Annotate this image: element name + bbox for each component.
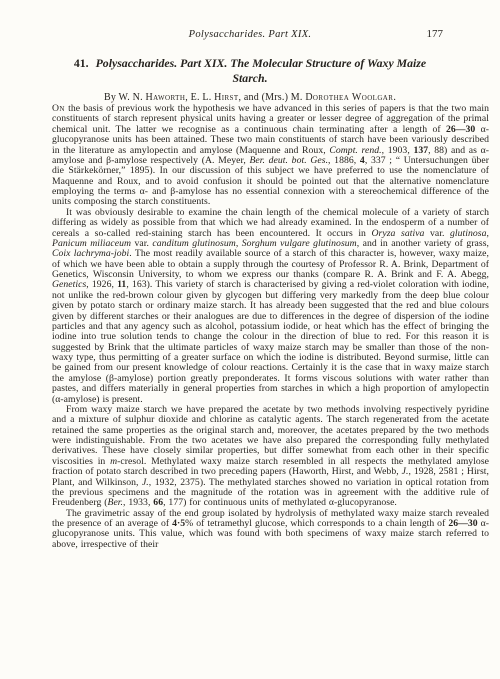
text-run: Haworth: [146, 92, 186, 103]
text-run: 4·5: [172, 518, 185, 529]
text-run: , 1933,: [123, 497, 153, 508]
text-run: , 1886,: [328, 155, 360, 166]
byline: By W. N. Haworth, E. L. Hirst, and (Mrs.…: [0, 92, 500, 103]
text-run: Oryza sativa: [372, 228, 425, 239]
text-run: 66: [153, 497, 163, 508]
text-run: J.: [142, 477, 149, 488]
text-run: ,: [487, 228, 489, 239]
text-run: var.: [131, 238, 152, 249]
article-body: On the basis of previous work the hypoth…: [52, 104, 489, 550]
text-run: 137: [413, 145, 428, 156]
article-title: 41.Polysaccharides. Part XIX. The Molecu…: [72, 56, 428, 85]
text-run: , and (Mrs.) M.: [239, 92, 306, 103]
page-number: 177: [427, 28, 444, 40]
text-run: Coix lachryma-jobi: [52, 248, 129, 259]
text-run: % of tetramethyl glucose, which correspo…: [185, 518, 448, 529]
paragraph: From waxy maize starch we have prepared …: [52, 405, 489, 509]
text-run: Dorothea Woolgar: [305, 92, 393, 103]
text-run: 11: [117, 279, 126, 290]
paragraph: It was obviously desirable to examine th…: [52, 208, 489, 405]
text-run: By W. N.: [104, 92, 146, 103]
text-run: canditum glutinosum: [152, 238, 235, 249]
running-head: Polysaccharides. Part XIX. 177: [0, 29, 500, 43]
journal-page: Polysaccharides. Part XIX. 177 41.Polysa…: [0, 0, 500, 679]
text-run: var.: [424, 228, 450, 239]
text-run: Polysaccharides. Part XIX. The Molecular…: [96, 56, 427, 85]
text-run: glutinosa: [450, 228, 487, 239]
text-run: Sorghum vulgare glutinosum: [242, 238, 357, 249]
text-run: , 177) for continuous units of methylate…: [163, 497, 397, 508]
text-run: , and in another variety of grass,: [357, 238, 489, 249]
text-run: , 163). This variety of starch is charac…: [52, 279, 489, 404]
text-run: Hirst: [214, 92, 238, 103]
text-run: Panicum miliaceum: [52, 238, 131, 249]
text-run: .: [393, 92, 396, 103]
text-run: the basis of previous work the hypothesi…: [52, 103, 489, 135]
text-run: On: [52, 103, 65, 114]
running-title: Polysaccharides. Part XIX.: [0, 29, 500, 40]
text-run: , E. L.: [185, 92, 214, 103]
text-run: , 1926,: [86, 279, 117, 290]
paragraph: On the basis of previous work the hypoth…: [52, 104, 489, 208]
text-run: , 1903,: [382, 145, 414, 156]
text-run: Genetics: [52, 279, 86, 290]
text-run: 26—30: [446, 124, 475, 135]
text-run: Ber.: [107, 497, 123, 508]
paragraph: The gravimetric assay of the end group i…: [52, 509, 489, 551]
text-run: 41.: [74, 56, 89, 70]
text-run: Compt. rend.: [329, 145, 381, 156]
text-run: Ber. deut. bot. Ges.: [249, 155, 328, 166]
text-run: 26—30: [448, 518, 477, 529]
